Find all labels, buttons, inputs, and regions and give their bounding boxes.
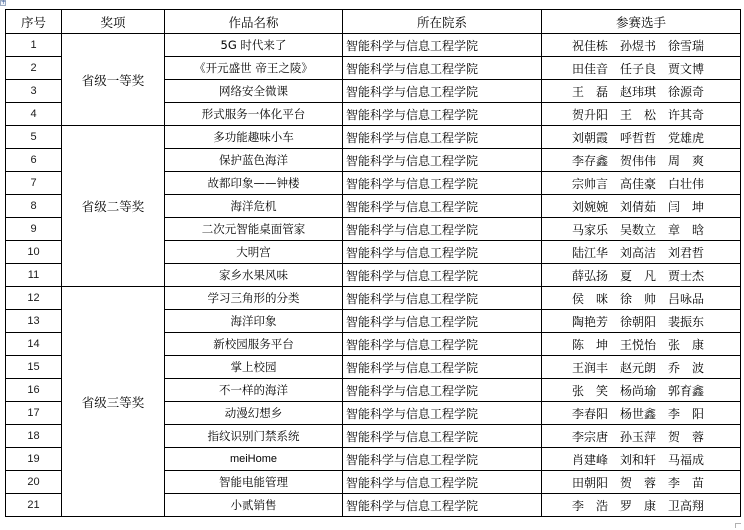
cell-work-title: 保护蓝色海洋	[165, 149, 343, 172]
member-name: 徐朝阳	[620, 313, 668, 330]
cell-award: 省级三等奖	[62, 287, 165, 517]
member-name: 王润丰	[572, 359, 620, 376]
member-name: 王 磊	[572, 83, 620, 100]
cell-work-title: meiHome	[165, 448, 343, 471]
member-name: 肖建峰	[572, 451, 620, 468]
member-name: 贺升阳	[572, 106, 620, 123]
cell-members: 田佳音任子良贾文博	[542, 57, 741, 80]
member-name: 薛弘扬	[572, 267, 620, 284]
member-name: 李春阳	[572, 405, 620, 422]
cell-department: 智能科学与信息工程学院	[343, 379, 542, 402]
cell-members: 贺升阳王 松许其奇	[542, 103, 741, 126]
member-name: 陶艳芳	[572, 313, 620, 330]
cell-department: 智能科学与信息工程学院	[343, 310, 542, 333]
cell-department: 智能科学与信息工程学院	[343, 34, 542, 57]
cell-no: 2	[6, 57, 62, 80]
cell-members: 陆江华刘高洁刘君哲	[542, 241, 741, 264]
cell-members: 侯 咪徐 帅吕咏品	[542, 287, 741, 310]
cell-department: 智能科学与信息工程学院	[343, 448, 542, 471]
header-work: 作品名称	[165, 10, 343, 34]
member-name: 杨尚瑜	[620, 382, 668, 399]
cell-department: 智能科学与信息工程学院	[343, 126, 542, 149]
header-dept: 所在院系	[343, 10, 542, 34]
cell-work-title: 家乡水果风味	[165, 264, 343, 287]
header-row: 序号 奖项 作品名称 所在院系 参赛选手	[6, 10, 741, 34]
member-name: 刘和轩	[620, 451, 668, 468]
member-name: 闫 坤	[668, 198, 704, 215]
member-name: 刘朝霞	[572, 129, 620, 146]
member-name: 周 爽	[668, 152, 704, 169]
member-name: 贺伟伟	[620, 152, 668, 169]
cell-work-title: 动漫幻想乡	[165, 402, 343, 425]
cell-work-title: 二次元智能桌面管家	[165, 218, 343, 241]
member-name: 卫高翔	[668, 497, 704, 514]
header-no: 序号	[6, 10, 62, 34]
cell-members: 刘朝霞呼哲哲党雄虎	[542, 126, 741, 149]
awards-table: 序号 奖项 作品名称 所在院系 参赛选手 1省级一等奖5G 时代来了智能科学与信…	[5, 9, 741, 517]
cell-department: 智能科学与信息工程学院	[343, 218, 542, 241]
cell-department: 智能科学与信息工程学院	[343, 241, 542, 264]
member-name: 乔 波	[668, 359, 704, 376]
cell-end-marker	[735, 523, 741, 528]
member-name: 刘倩茹	[620, 198, 668, 215]
member-name: 贾文博	[668, 60, 704, 77]
cell-no: 7	[6, 172, 62, 195]
cell-department: 智能科学与信息工程学院	[343, 57, 542, 80]
cell-members: 张 笑杨尚瑜郭育鑫	[542, 379, 741, 402]
cell-department: 智能科学与信息工程学院	[343, 172, 542, 195]
cell-no: 3	[6, 80, 62, 103]
member-name: 孙煜书	[620, 37, 668, 54]
cell-members: 李春阳杨世鑫李 阳	[542, 402, 741, 425]
member-name: 李 阳	[668, 405, 704, 422]
member-name: 王悦怡	[620, 336, 668, 353]
member-name: 章 晗	[668, 221, 704, 238]
member-name: 宗帅言	[572, 175, 620, 192]
member-name: 徐源奇	[668, 83, 704, 100]
cell-no: 9	[6, 218, 62, 241]
cell-members: 田朝阳贺 蓉李 苗	[542, 471, 741, 494]
cell-members: 薛弘扬夏 凡贾士杰	[542, 264, 741, 287]
member-name: 徐雪瑞	[668, 37, 704, 54]
cell-work-title: 故都印象——钟楼	[165, 172, 343, 195]
cell-work-title: 智能电能管理	[165, 471, 343, 494]
cell-members: 祝佳栋孙煜书徐雪瑞	[542, 34, 741, 57]
member-name: 赵元朗	[620, 359, 668, 376]
table-move-handle[interactable]: +	[0, 0, 6, 6]
cell-department: 智能科学与信息工程学院	[343, 425, 542, 448]
cell-work-title: 新校园服务平台	[165, 333, 343, 356]
cell-work-title: 大明宫	[165, 241, 343, 264]
cell-work-title: 不一样的海洋	[165, 379, 343, 402]
member-name: 张 笑	[572, 382, 620, 399]
member-name: 贺 蓉	[620, 474, 668, 491]
member-name: 许其奇	[668, 106, 704, 123]
member-name: 罗 康	[620, 497, 668, 514]
cell-work-title: 《开元盛世 帝王之陵》	[165, 57, 343, 80]
cell-no: 21	[6, 494, 62, 517]
cell-no: 1	[6, 34, 62, 57]
member-name: 赵玮琪	[620, 83, 668, 100]
cell-no: 20	[6, 471, 62, 494]
cell-no: 16	[6, 379, 62, 402]
cell-work-title: 5G 时代来了	[165, 34, 343, 57]
cell-department: 智能科学与信息工程学院	[343, 287, 542, 310]
member-name: 郭育鑫	[668, 382, 704, 399]
cell-no: 5	[6, 126, 62, 149]
member-name: 任子良	[620, 60, 668, 77]
cell-no: 4	[6, 103, 62, 126]
member-name: 白壮伟	[668, 175, 704, 192]
cell-department: 智能科学与信息工程学院	[343, 356, 542, 379]
cell-members: 马家乐吴数立章 晗	[542, 218, 741, 241]
table-row: 1省级一等奖5G 时代来了智能科学与信息工程学院祝佳栋孙煜书徐雪瑞	[6, 34, 741, 57]
cell-department: 智能科学与信息工程学院	[343, 80, 542, 103]
member-name: 高佳豪	[620, 175, 668, 192]
member-name: 徐 帅	[620, 290, 668, 307]
cell-no: 19	[6, 448, 62, 471]
cell-members: 陈 坤王悦怡张 康	[542, 333, 741, 356]
member-name: 刘婉婉	[572, 198, 620, 215]
member-name: 贾士杰	[668, 267, 704, 284]
member-name: 吴数立	[620, 221, 668, 238]
member-name: 陆江华	[572, 244, 620, 261]
cell-work-title: 海洋印象	[165, 310, 343, 333]
cell-members: 陶艳芳徐朝阳裴振东	[542, 310, 741, 333]
cell-no: 18	[6, 425, 62, 448]
member-name: 侯 咪	[572, 290, 620, 307]
cell-work-title: 指纹识别门禁系统	[165, 425, 343, 448]
cell-award: 省级二等奖	[62, 126, 165, 287]
cell-no: 13	[6, 310, 62, 333]
cell-no: 12	[6, 287, 62, 310]
member-name: 李 浩	[572, 497, 620, 514]
member-name: 杨世鑫	[620, 405, 668, 422]
cell-members: 李 浩罗 康卫高翔	[542, 494, 741, 517]
cell-no: 8	[6, 195, 62, 218]
cell-work-title: 多功能趣味小车	[165, 126, 343, 149]
cell-award: 省级一等奖	[62, 34, 165, 126]
member-name: 陈 坤	[572, 336, 620, 353]
cell-members: 肖建峰刘和轩马福成	[542, 448, 741, 471]
member-name: 刘高洁	[620, 244, 668, 261]
member-name: 李存鑫	[572, 152, 620, 169]
member-name: 夏 凡	[620, 267, 668, 284]
member-name: 呼哲哲	[620, 129, 668, 146]
cell-work-title: 小贰销售	[165, 494, 343, 517]
member-name: 李 苗	[668, 474, 704, 491]
member-name: 田佳音	[572, 60, 620, 77]
member-name: 祝佳栋	[572, 37, 620, 54]
member-name: 刘君哲	[668, 244, 704, 261]
member-name: 田朝阳	[572, 474, 620, 491]
cell-members: 宗帅言高佳豪白壮伟	[542, 172, 741, 195]
cell-no: 10	[6, 241, 62, 264]
cell-department: 智能科学与信息工程学院	[343, 103, 542, 126]
cell-department: 智能科学与信息工程学院	[343, 195, 542, 218]
member-name: 李宗唐	[572, 428, 620, 445]
cell-department: 智能科学与信息工程学院	[343, 333, 542, 356]
cell-department: 智能科学与信息工程学院	[343, 402, 542, 425]
cell-work-title: 海洋危机	[165, 195, 343, 218]
member-name: 孙玉萍	[620, 428, 668, 445]
cell-department: 智能科学与信息工程学院	[343, 494, 542, 517]
cell-department: 智能科学与信息工程学院	[343, 471, 542, 494]
member-name: 王 松	[620, 106, 668, 123]
cell-work-title: 网络安全微课	[165, 80, 343, 103]
cell-members: 王润丰赵元朗乔 波	[542, 356, 741, 379]
cell-department: 智能科学与信息工程学院	[343, 264, 542, 287]
cell-work-title: 学习三角形的分类	[165, 287, 343, 310]
member-name: 马福成	[668, 451, 704, 468]
member-name: 裴振东	[668, 313, 704, 330]
cell-members: 刘婉婉刘倩茹闫 坤	[542, 195, 741, 218]
cell-no: 11	[6, 264, 62, 287]
cell-no: 17	[6, 402, 62, 425]
cell-no: 6	[6, 149, 62, 172]
member-name: 马家乐	[572, 221, 620, 238]
cell-department: 智能科学与信息工程学院	[343, 149, 542, 172]
table-body: 1省级一等奖5G 时代来了智能科学与信息工程学院祝佳栋孙煜书徐雪瑞2《开元盛世 …	[6, 34, 741, 517]
cell-no: 15	[6, 356, 62, 379]
header-award: 奖项	[62, 10, 165, 34]
table-row: 12省级三等奖学习三角形的分类智能科学与信息工程学院侯 咪徐 帅吕咏品	[6, 287, 741, 310]
member-name: 张 康	[668, 336, 704, 353]
cell-members: 王 磊赵玮琪徐源奇	[542, 80, 741, 103]
cell-work-title: 掌上校园	[165, 356, 343, 379]
cell-members: 李宗唐孙玉萍贺 蓉	[542, 425, 741, 448]
cell-members: 李存鑫贺伟伟周 爽	[542, 149, 741, 172]
member-name: 贺 蓉	[668, 428, 704, 445]
member-name: 党雄虎	[668, 129, 704, 146]
table-row: 5省级二等奖多功能趣味小车智能科学与信息工程学院刘朝霞呼哲哲党雄虎	[6, 126, 741, 149]
cell-no: 14	[6, 333, 62, 356]
cell-work-title: 形式服务一体化平台	[165, 103, 343, 126]
header-members: 参赛选手	[542, 10, 741, 34]
member-name: 吕咏品	[668, 290, 704, 307]
